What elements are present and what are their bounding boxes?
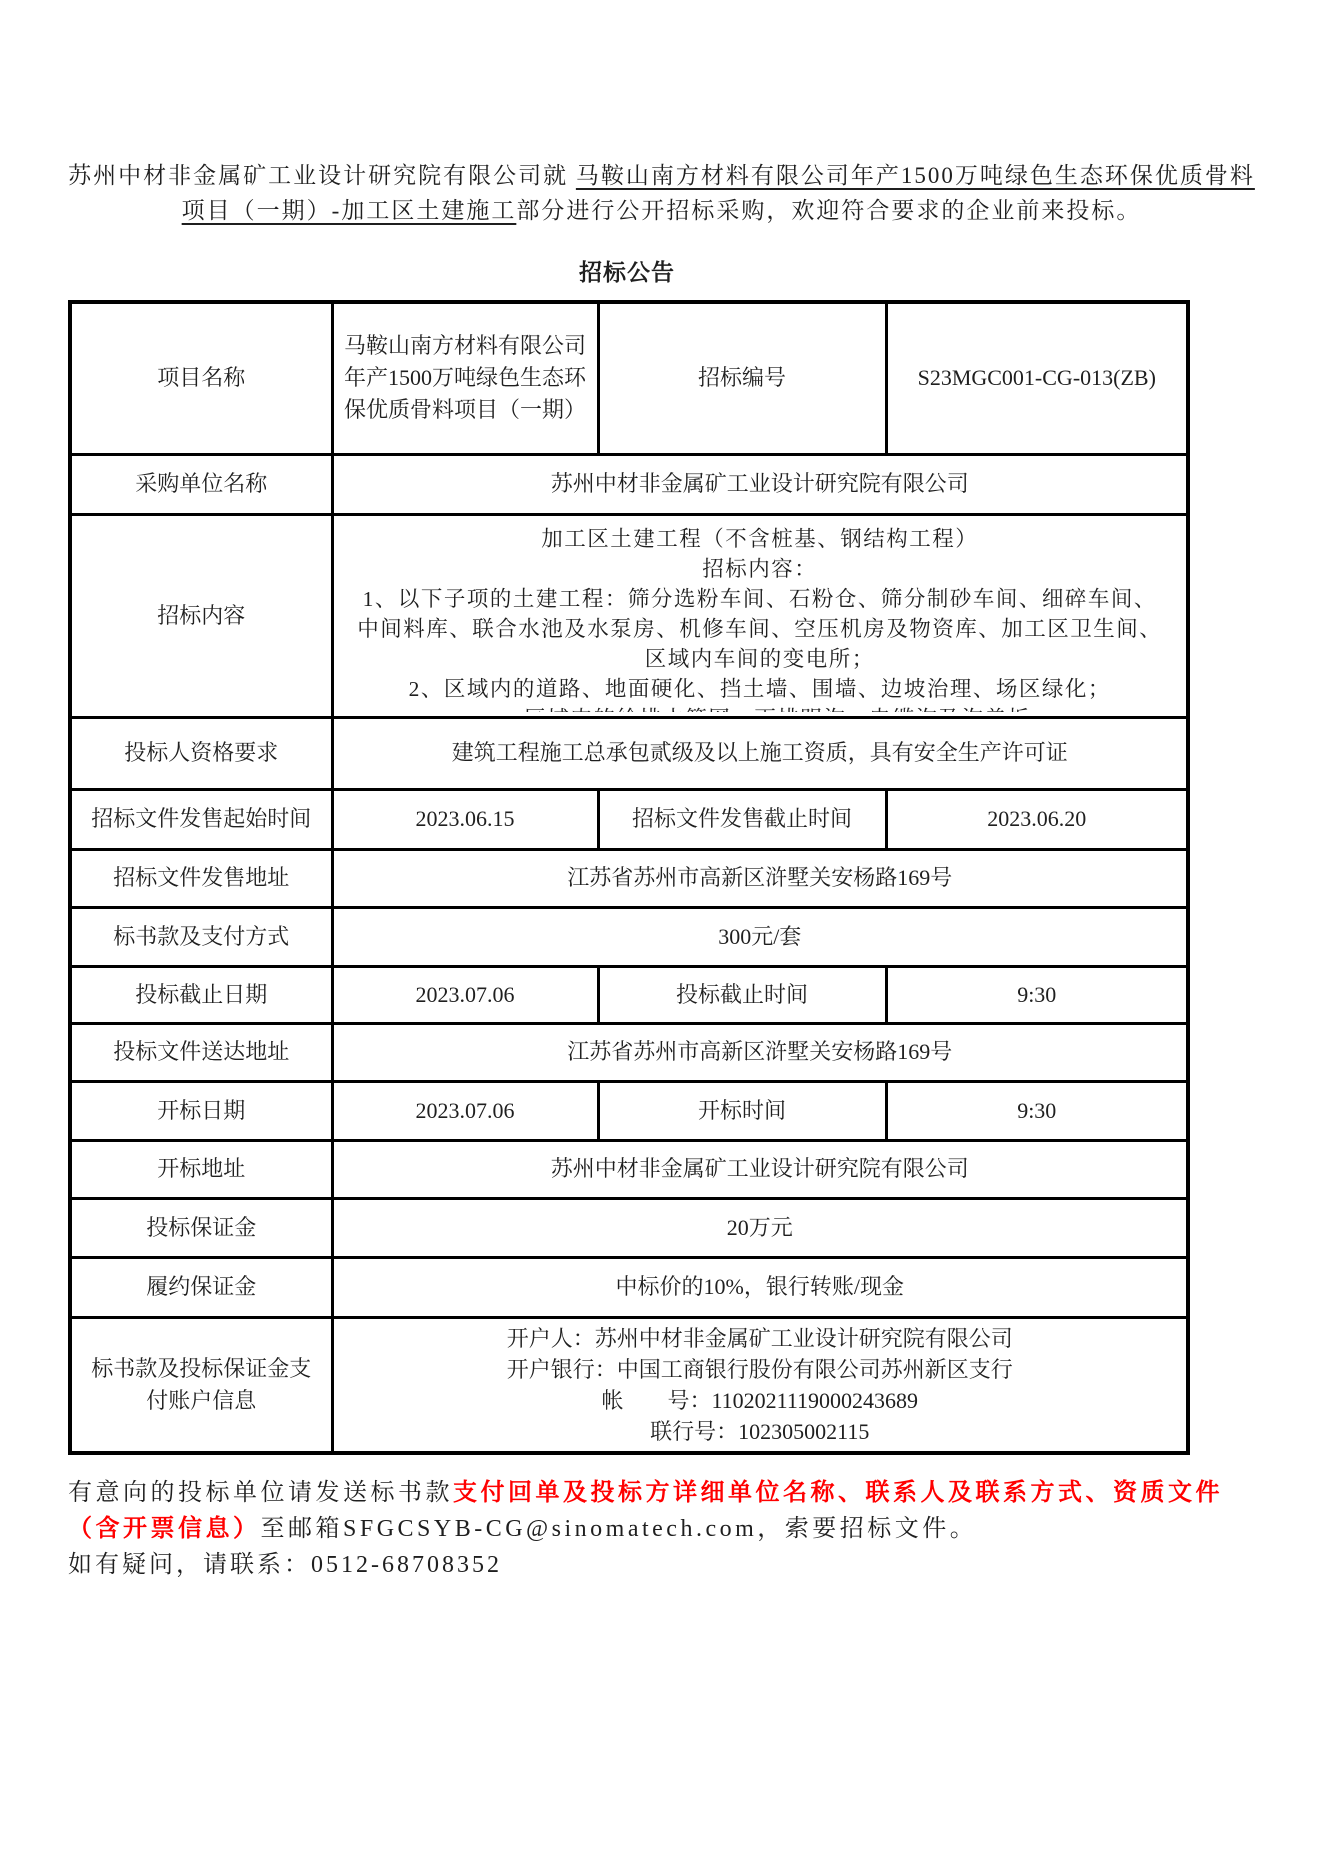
bid-content-line: 2、区域内的道路、地面硬化、挡土墙、围墙、边坡治理、场区绿化； bbox=[356, 674, 1165, 704]
label-bid-number: 招标编号 bbox=[598, 302, 886, 454]
value-bid-deadline-date: 2023.07.06 bbox=[332, 966, 598, 1023]
label-project-name: 项目名称 bbox=[70, 302, 332, 454]
value-opening-date: 2023.07.06 bbox=[332, 1081, 598, 1140]
bank-branch-code-line: 联行号：102305002115 bbox=[344, 1416, 1177, 1447]
label-bid-content: 招标内容 bbox=[70, 514, 332, 717]
value-payment-account: 开户人：苏州中材非金属矿工业设计研究院有限公司 开户银行：中国工商银行股份有限公… bbox=[332, 1317, 1188, 1453]
page-title: 招标公告 bbox=[68, 258, 1186, 288]
table-row: 履约保证金 中标价的10%，银行转账/现金 bbox=[70, 1257, 1188, 1317]
table-row: 投标人资格要求 建筑工程施工总承包贰级及以上施工资质，具有安全生产许可证 bbox=[70, 717, 1188, 789]
value-opening-time: 9:30 bbox=[886, 1081, 1188, 1140]
value-purchaser: 苏州中材非金属矿工业设计研究院有限公司 bbox=[332, 454, 1188, 514]
label-bid-deadline-date: 投标截止日期 bbox=[70, 966, 332, 1023]
value-delivery-address: 江苏省苏州市高新区浒墅关安杨路169号 bbox=[332, 1023, 1188, 1081]
account-holder-line: 开户人：苏州中材非金属矿工业设计研究院有限公司 bbox=[344, 1323, 1177, 1354]
value-bid-content: 加工区土建工程（不含桩基、钢结构工程） 招标内容： 1、以下子项的土建工程：筛分… bbox=[332, 514, 1188, 717]
value-sale-address: 江苏省苏州市高新区浒墅关安杨路169号 bbox=[332, 849, 1188, 907]
value-bid-deadline-time: 9:30 bbox=[886, 966, 1188, 1023]
table-row: 采购单位名称 苏州中材非金属矿工业设计研究院有限公司 bbox=[70, 454, 1188, 514]
table-row: 标书款及支付方式 300元/套 bbox=[70, 907, 1188, 966]
label-qualification: 投标人资格要求 bbox=[70, 717, 332, 789]
outro-black-prefix: 有意向的投标单位请发送标书款 bbox=[68, 1480, 453, 1506]
intro-prefix: 苏州中材非金属矿工业设计研究院有限公司就 bbox=[68, 163, 576, 188]
value-bid-number: S23MGC001-CG-013(ZB) bbox=[886, 302, 1188, 454]
intro-suffix: 部分进行公开招标采购，欢迎符合要求的企业前来投标。 bbox=[516, 198, 1141, 223]
table-row: 招标文件发售地址 江苏省苏州市高新区浒墅关安杨路169号 bbox=[70, 849, 1188, 907]
label-sale-end-time: 招标文件发售截止时间 bbox=[598, 789, 886, 849]
label-doc-fee: 标书款及支付方式 bbox=[70, 907, 332, 966]
label-bid-deadline-time: 投标截止时间 bbox=[598, 966, 886, 1023]
label-opening-date: 开标日期 bbox=[70, 1081, 332, 1140]
value-performance-bond: 中标价的10%，银行转账/现金 bbox=[332, 1257, 1188, 1317]
value-opening-address: 苏州中材非金属矿工业设计研究院有限公司 bbox=[332, 1140, 1188, 1198]
value-qualification: 建筑工程施工总承包贰级及以上施工资质，具有安全生产许可证 bbox=[332, 717, 1188, 789]
label-opening-address: 开标地址 bbox=[70, 1140, 332, 1198]
table-row: 投标保证金 20万元 bbox=[70, 1198, 1188, 1257]
table-row: 招标文件发售起始时间 2023.06.15 招标文件发售截止时间 2023.06… bbox=[70, 789, 1188, 849]
table-row: 招标内容 加工区土建工程（不含桩基、钢结构工程） 招标内容： 1、以下子项的土建… bbox=[70, 514, 1188, 717]
table-row: 开标地址 苏州中材非金属矿工业设计研究院有限公司 bbox=[70, 1140, 1188, 1198]
table-row: 开标日期 2023.07.06 开标时间 9:30 bbox=[70, 1081, 1188, 1140]
outro-black-suffix: 至邮箱SFGCSYB-CG@sinomatech.com，索要招标文件。 bbox=[261, 1516, 978, 1542]
table-row: 项目名称 马鞍山南方材料有限公司年产1500万吨绿色生态环保优质骨料项目（一期）… bbox=[70, 302, 1188, 454]
label-sale-start-time: 招标文件发售起始时间 bbox=[70, 789, 332, 849]
label-performance-bond: 履约保证金 bbox=[70, 1257, 332, 1317]
account-number-line: 帐 号：1102021119000243689 bbox=[344, 1385, 1177, 1416]
bid-content-line: 招标内容： bbox=[356, 554, 1165, 584]
label-delivery-address: 投标文件送达地址 bbox=[70, 1023, 332, 1081]
label-payment-account: 标书款及投标保证金支付账户信息 bbox=[70, 1317, 332, 1453]
bid-content-clip: 加工区土建工程（不含桩基、钢结构工程） 招标内容： 1、以下子项的土建工程：筛分… bbox=[344, 520, 1177, 712]
bid-content-line: 1、以下子项的土建工程：筛分选粉车间、石粉仓、筛分制砂车间、细碎车间、中间料库、… bbox=[356, 584, 1165, 674]
table-row: 投标截止日期 2023.07.06 投标截止时间 9:30 bbox=[70, 966, 1188, 1023]
value-sale-end-date: 2023.06.20 bbox=[886, 789, 1188, 849]
label-purchaser: 采购单位名称 bbox=[70, 454, 332, 514]
value-sale-start-date: 2023.06.15 bbox=[332, 789, 598, 849]
intro-paragraph: 苏州中材非金属矿工业设计研究院有限公司就 马鞍山南方材料有限公司年产1500万吨… bbox=[68, 158, 1255, 228]
table-row: 投标文件送达地址 江苏省苏州市高新区浒墅关安杨路169号 bbox=[70, 1023, 1188, 1081]
value-bid-bond: 20万元 bbox=[332, 1198, 1188, 1257]
bid-announcement-table: 项目名称 马鞍山南方材料有限公司年产1500万吨绿色生态环保优质骨料项目（一期）… bbox=[68, 300, 1190, 1455]
contact-line: 如有疑问，请联系：0512-68708352 bbox=[68, 1547, 1255, 1583]
label-opening-time: 开标时间 bbox=[598, 1081, 886, 1140]
table-row: 标书款及投标保证金支付账户信息 开户人：苏州中材非金属矿工业设计研究院有限公司 … bbox=[70, 1317, 1188, 1453]
value-project-name: 马鞍山南方材料有限公司年产1500万吨绿色生态环保优质骨料项目（一期） bbox=[332, 302, 598, 454]
document-content: 苏州中材非金属矿工业设计研究院有限公司就 马鞍山南方材料有限公司年产1500万吨… bbox=[0, 0, 1323, 1583]
outro-paragraph: 有意向的投标单位请发送标书款支付回单及投标方详细单位名称、联系人及联系方式、资质… bbox=[68, 1475, 1255, 1547]
bid-content-line: 加工区土建工程（不含桩基、钢结构工程） bbox=[356, 524, 1165, 554]
label-bid-bond: 投标保证金 bbox=[70, 1198, 332, 1257]
document-page: 苏州中材非金属矿工业设计研究院有限公司就 马鞍山南方材料有限公司年产1500万吨… bbox=[0, 0, 1323, 1871]
label-sale-address: 招标文件发售地址 bbox=[70, 849, 332, 907]
value-doc-fee: 300元/套 bbox=[332, 907, 1188, 966]
bid-content-line: 3、区域内的给排水管网、雨排明沟、电缆沟及沟盖板 bbox=[356, 704, 1165, 712]
account-bank-line: 开户银行：中国工商银行股份有限公司苏州新区支行 bbox=[344, 1354, 1177, 1385]
